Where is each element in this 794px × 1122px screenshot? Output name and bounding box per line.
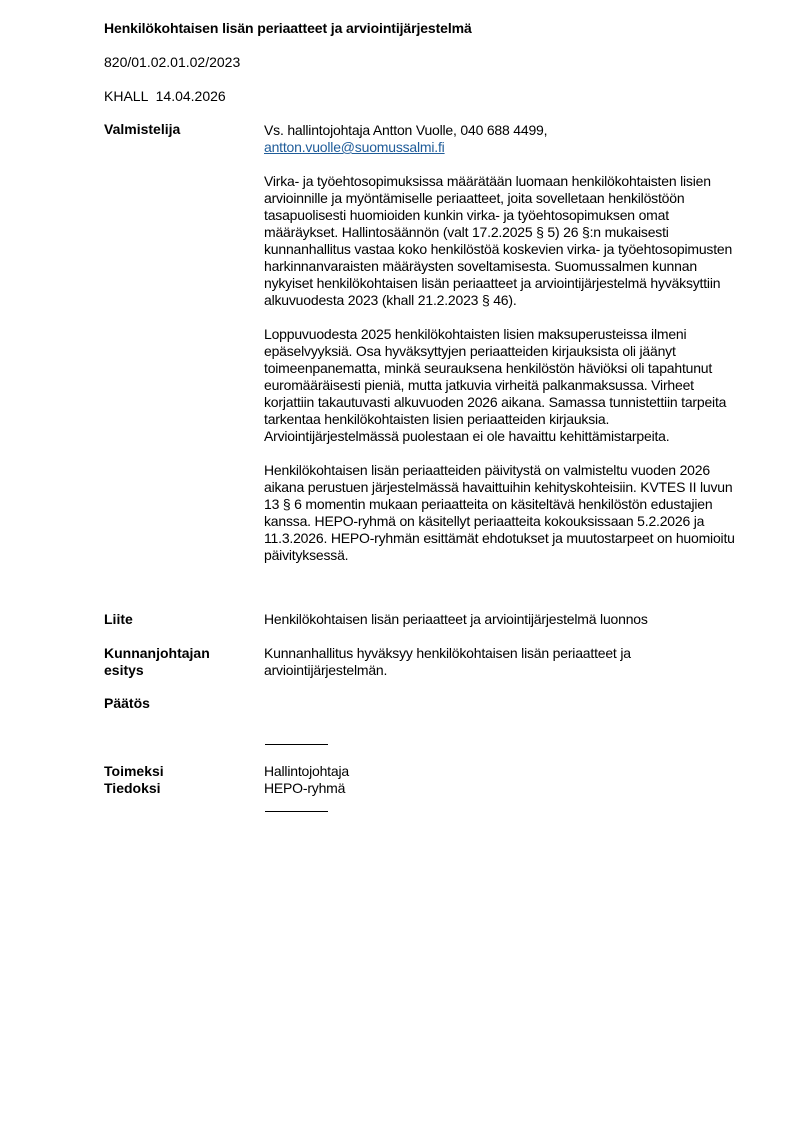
label-kunnanjohtajan-esitys: Kunnanjohtajan esitys: [104, 645, 210, 679]
label-line-2: esitys: [104, 662, 210, 679]
label-paatos: Päätös: [104, 695, 150, 712]
separator-line: [265, 744, 328, 745]
preparer-line: Vs. hallintojohtaja Antton Vuolle, 040 6…: [264, 122, 742, 139]
tiedoksi-value: HEPO-ryhmä: [264, 780, 742, 797]
paragraph-update: Henkilökohtaisen lisän periaatteiden päi…: [264, 462, 742, 564]
document-title: Henkilökohtaisen lisän periaatteet ja ar…: [104, 20, 472, 36]
reference-number: 820/01.02.01.02/2023: [104, 54, 240, 70]
label-line-1: Kunnanjohtajan: [104, 645, 210, 662]
paragraph-background: Virka- ja työehtosopimuksissa määrätään …: [264, 173, 742, 309]
label-toimeksi: Toimeksi: [104, 763, 164, 780]
toimeksi-value: Hallintojohtaja: [264, 763, 742, 780]
valmistelija-content: Vs. hallintojohtaja Antton Vuolle, 040 6…: [264, 122, 742, 564]
separator-line: [265, 811, 328, 812]
proposal-text: Kunnanhallitus hyväksyy henkilökohtaisen…: [264, 645, 684, 679]
attachment-link[interactable]: Henkilökohtaisen lisän periaatteet ja ar…: [264, 611, 742, 628]
paragraph-issues: Loppuvuodesta 2025 henkilökohtaisten lis…: [264, 326, 742, 445]
meeting-date: KHALL 14.04.2026: [104, 88, 226, 104]
label-liite: Liite: [104, 611, 133, 628]
label-valmistelija: Valmistelija: [104, 121, 180, 138]
label-tiedoksi: Tiedoksi: [104, 780, 161, 797]
preparer-email-link[interactable]: antton.vuolle@suomussalmi.fi: [264, 139, 445, 155]
